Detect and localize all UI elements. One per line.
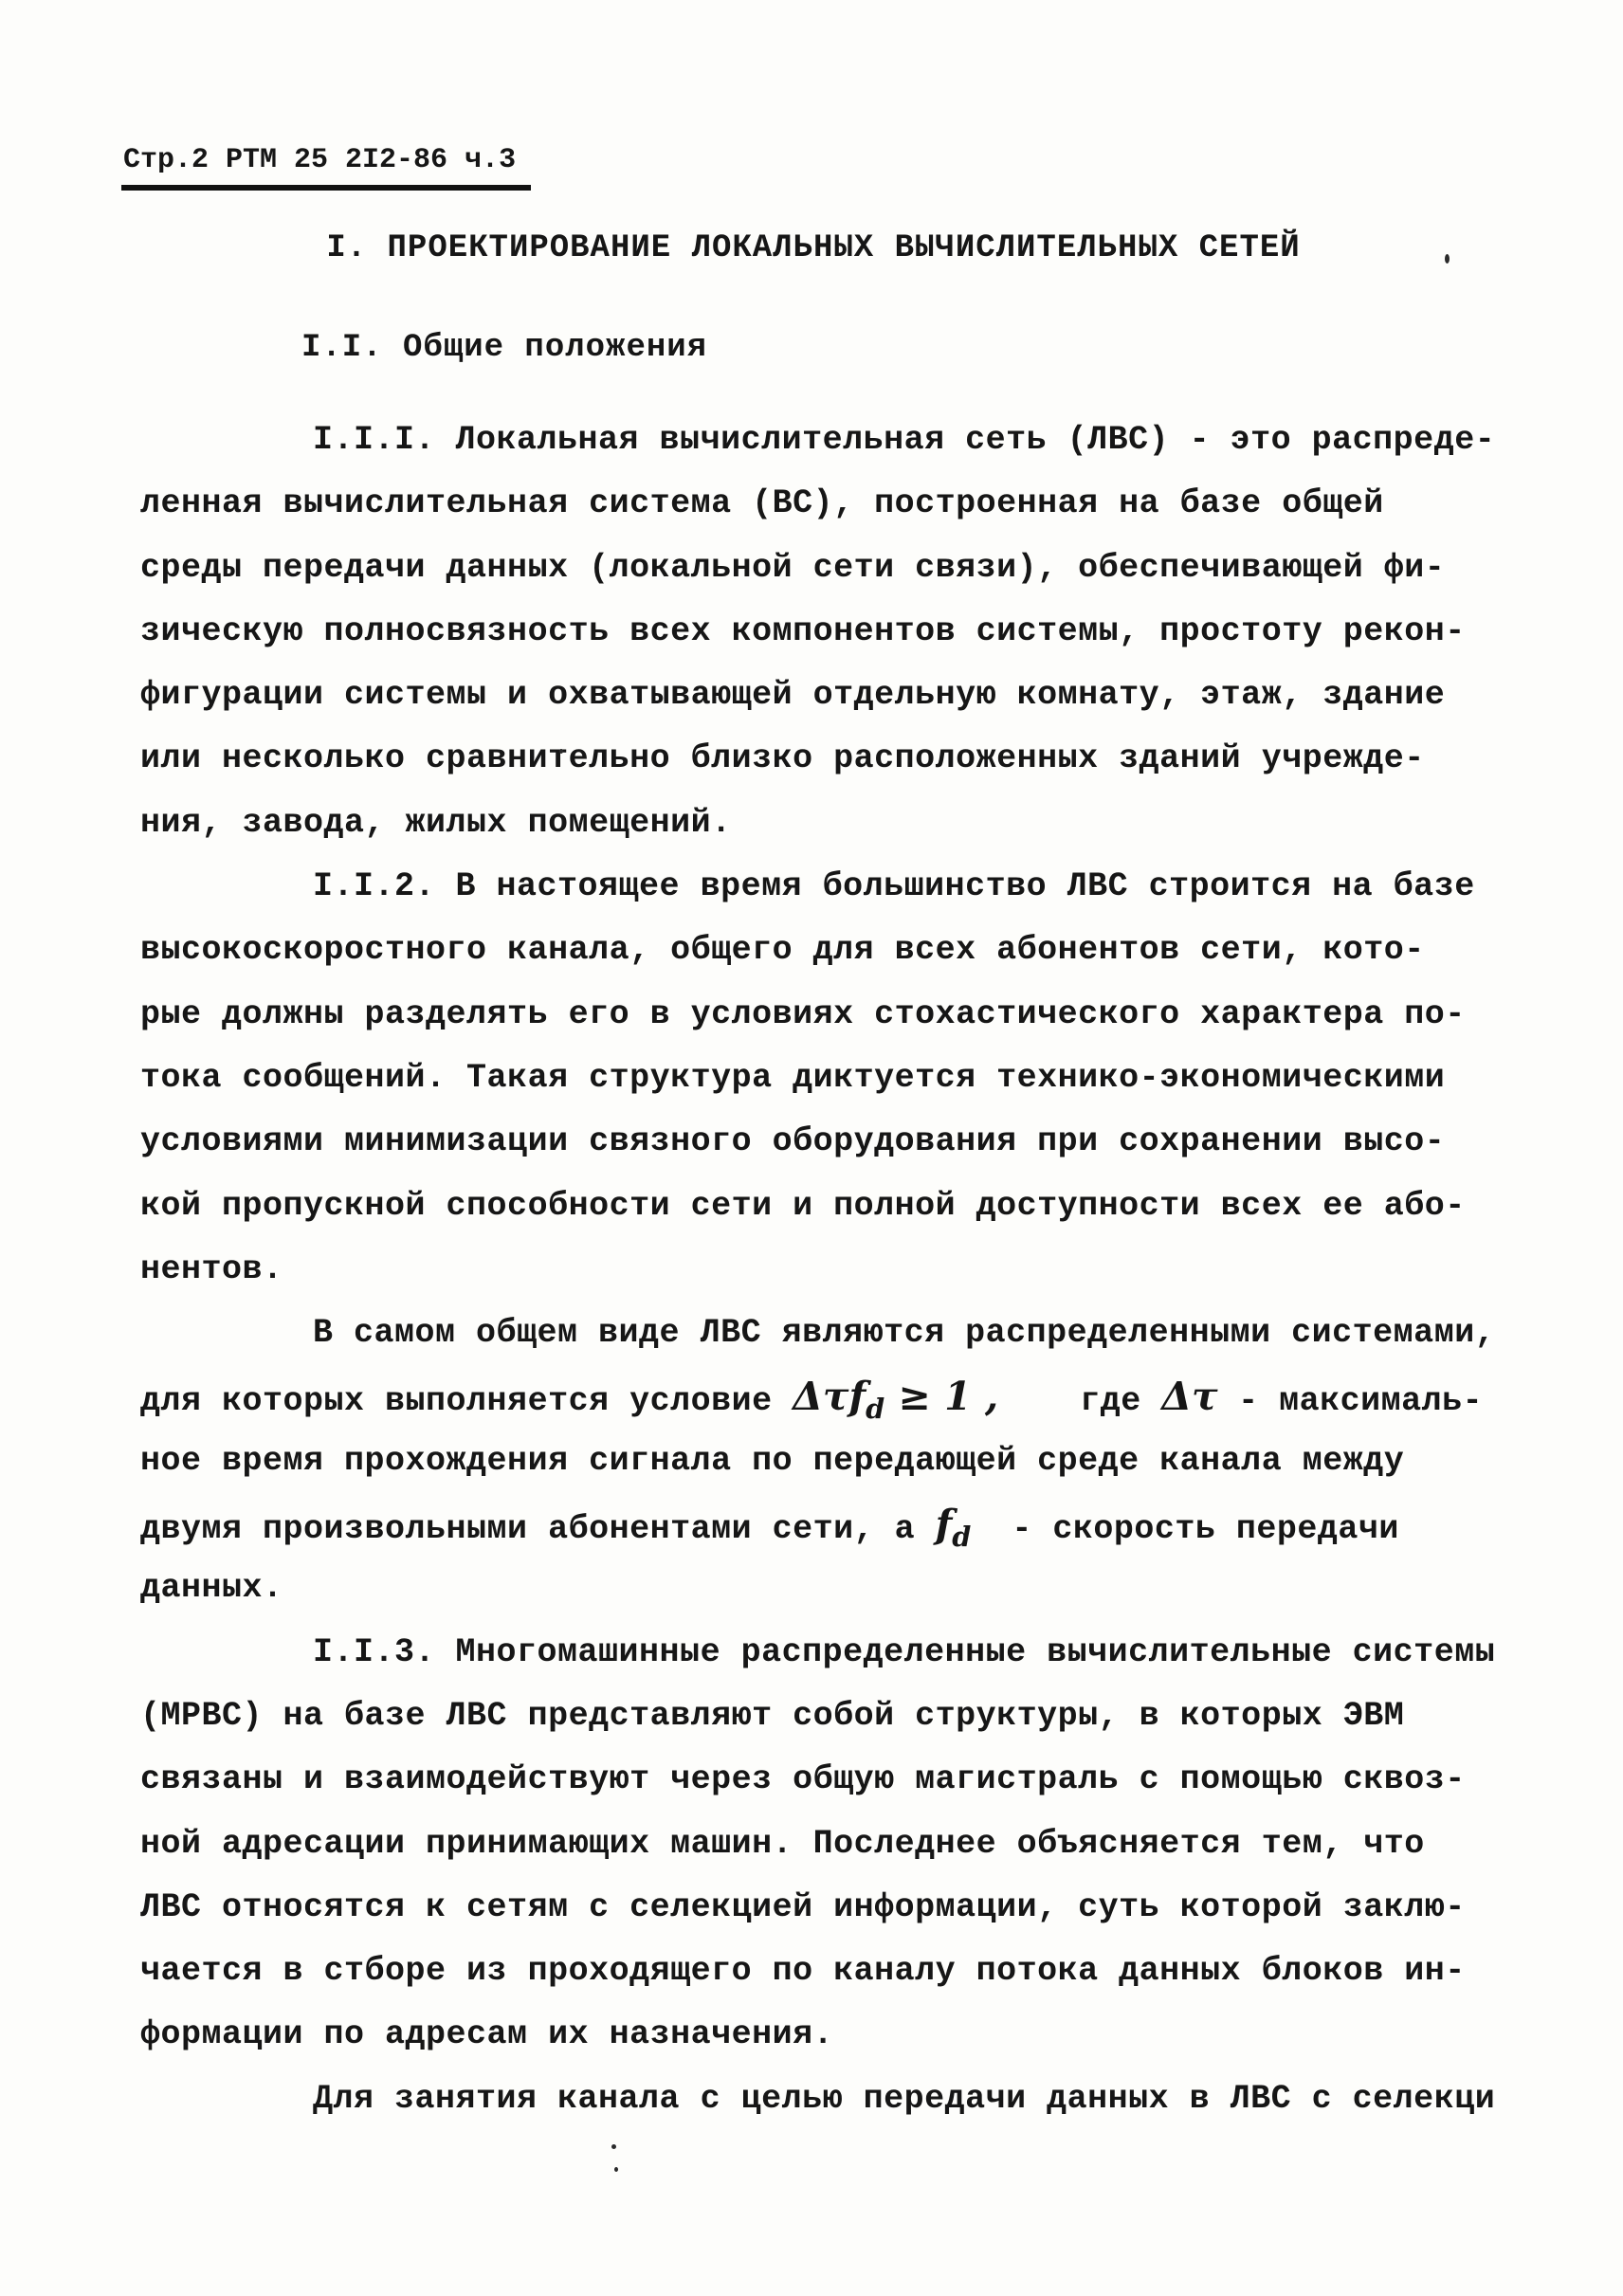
inline-formula: f	[849, 1374, 866, 1419]
text-line: фигурации системы и охватывающей отдельн…	[140, 664, 1515, 727]
scan-speck	[614, 2167, 618, 2172]
text-segment: двумя произвольными абонентами сети, а	[140, 1510, 936, 1548]
text-line: связаны и взаимодействуют через общую ма…	[140, 1748, 1515, 1812]
text-line: нентов.	[140, 1238, 1515, 1302]
text-line: или несколько сравнительно близко распол…	[140, 727, 1515, 791]
text-line: ной адресации принимающих машин. Последн…	[140, 1813, 1515, 1876]
text-line: чается в стборе из проходящего по каналу…	[140, 1940, 1515, 2003]
scan-speck	[559, 749, 563, 754]
inline-formula: f	[936, 1502, 953, 1547]
scanned-document-page: Стр.2 РТМ 25 2I2-86 ч.3 I. ПРОЕКТИРОВАНИ…	[0, 0, 1623, 2296]
text-line: формации по адресам их назначения.	[140, 2003, 1515, 2067]
text-line: В самом общем виде ЛВС являются распреде…	[140, 1302, 1515, 1365]
scan-speck	[1445, 254, 1450, 264]
text-line: I.I.2. В настоящее время большинство ЛВС…	[140, 855, 1515, 919]
text-line: двумя произвольными абонентами сети, а f…	[140, 1493, 1515, 1557]
document-body: I.I.I. Локальная вычислительная сеть (ЛВ…	[140, 409, 1515, 2131]
inline-formula: d	[952, 1502, 971, 1547]
text-line: кой пропускной способности сети и полной…	[140, 1175, 1515, 1238]
text-line: зическую полносвязность всех компонентов…	[140, 600, 1515, 664]
text-segment: - скорость передачи	[971, 1510, 1399, 1548]
page-header: Стр.2 РТМ 25 2I2-86 ч.3	[121, 144, 531, 191]
scan-speck	[611, 2144, 616, 2149]
inline-formula: d	[866, 1374, 884, 1419]
inline-formula: Δτ	[793, 1374, 848, 1419]
text-line: (МРВС) на базе ЛВС представляют собой ст…	[140, 1685, 1515, 1748]
text-line: данных.	[140, 1557, 1515, 1620]
text-segment: - максималь-	[1218, 1382, 1484, 1420]
text-segment: где	[998, 1382, 1161, 1420]
text-line: тока сообщений. Такая структура диктуетс…	[140, 1047, 1515, 1110]
text-line: среды передачи данных (локальной сети св…	[140, 537, 1515, 600]
paragraph: Для занятия канала с целью передачи данн…	[140, 2068, 1515, 2131]
text-line: условиями минимизации связного оборудова…	[140, 1110, 1515, 1174]
paragraph: I.I.3. Многомашинные распределенные вычи…	[140, 1621, 1515, 2068]
text-line: I.I.3. Многомашинные распределенные вычи…	[140, 1621, 1515, 1685]
paragraph: I.I.I. Локальная вычислительная сеть (ЛВ…	[140, 409, 1515, 855]
text-line: ленная вычислительная система (ВС), пост…	[140, 472, 1515, 536]
text-line: для которых выполняется условие Δτfd ≥ 1…	[140, 1365, 1515, 1429]
document-title: I. ПРОЕКТИРОВАНИЕ ЛОКАЛЬНЫХ ВЫЧИСЛИТЕЛЬН…	[123, 230, 1504, 266]
text-line: ЛВС относятся к сетям с селекцией информ…	[140, 1876, 1515, 1940]
paragraph: В самом общем виде ЛВС являются распреде…	[140, 1302, 1515, 1620]
text-line: рые должны разделять его в условиях стох…	[140, 983, 1515, 1047]
text-line: высокоскоростного канала, общего для все…	[140, 919, 1515, 982]
text-segment: для которых выполняется условие	[140, 1382, 793, 1420]
paragraph: I.I.2. В настоящее время большинство ЛВС…	[140, 855, 1515, 1302]
text-line: Для занятия канала с целью передачи данн…	[140, 2068, 1515, 2131]
text-line: ния, завода, жилых помещений.	[140, 792, 1515, 855]
section-heading: I.I. Общие положения	[301, 330, 707, 366]
inline-formula: ≥ 1 ,	[884, 1374, 998, 1419]
text-line: ное время прохождения сигнала по передаю…	[140, 1430, 1515, 1493]
text-line: I.I.I. Локальная вычислительная сеть (ЛВ…	[140, 409, 1515, 472]
inline-formula: Δτ	[1161, 1374, 1217, 1419]
